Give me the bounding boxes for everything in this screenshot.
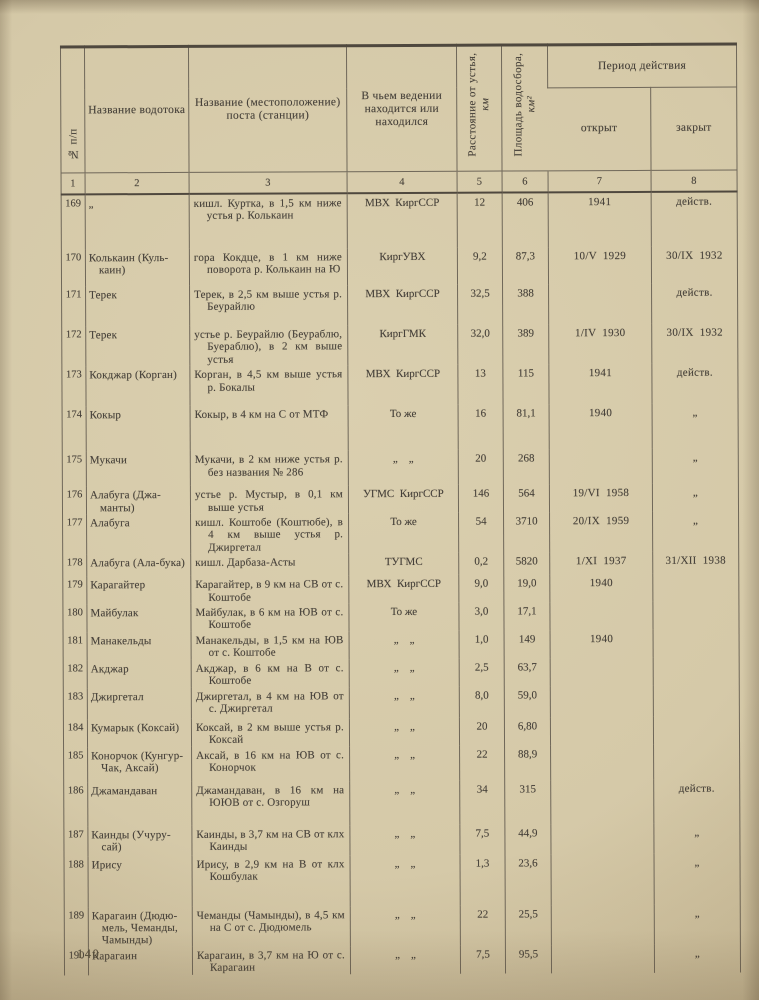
table-row: 171ТерекТерек, в 2,5 км выше устья р. Бе… [62,284,738,327]
cell-post: Терек, в 2,5 км выше устья р. Беурайлю [190,285,348,326]
cell-n: 171 [62,286,86,326]
cell-close: „ [654,853,740,904]
cell-close: 30/IX 1932 [652,324,738,365]
header-post-location: Название (местоположение) поста (станции… [188,46,347,173]
cell-agency: КиргУВХ [347,248,457,285]
cell-post: Каинды, в 3,7 км на СВ от клх Каинды [192,825,350,856]
cell-name: Карагаин [88,947,192,975]
cell-dist: 1,3 [460,854,505,905]
cell-close [653,657,739,685]
table-row: 177Алабугакишл. Коштобе (Коштюбе), в 4 к… [63,512,739,555]
cell-post: Джиргетал, в 4 км на ЮВ от с. Джиргетал [191,687,349,719]
cell-n: 179 [63,577,87,605]
cell-close [653,602,739,630]
cell-area: 63,7 [504,658,550,686]
cell-agency: „ „ [350,780,460,824]
cell-open [551,853,654,904]
cell-agency: „ „ [350,854,460,905]
cell-close: „ [652,484,738,512]
cell-agency: МВХ КиргССР [347,193,457,248]
table-row: 187Каинды (Учуру-сай)Каинды, в 3,7 км на… [64,823,740,856]
cell-dist: 20 [458,450,503,485]
cell-n: 178 [63,555,87,577]
cell-agency: То же [349,513,459,554]
col-number-4: 4 [347,171,457,193]
cell-post: кишл. Коштобе (Коштюбе), в 4 км выше уст… [191,513,349,554]
cell-dist: 3,0 [459,603,504,631]
col-number-5: 5 [457,171,502,193]
cell-post: гора Кокдце, в 1 км ниже поворота р. Кол… [189,248,347,286]
cell-close: „ [652,404,738,449]
cell-post: Чеманды (Чамынды), в 4,5 км на С от с. Д… [192,906,350,947]
col-number-2: 2 [85,172,189,194]
cell-agency: „ „ [349,658,459,686]
table-row: 182АкджарАкджар, в 6 км на В от с. Кошто… [63,657,739,688]
cell-open [550,658,653,686]
cell-name: Карагаин (Дюдю-мель, Чеманды, Чамынды) [88,906,192,947]
table-row: 174КокырКокыр, в 4 км на С от МТФТо же16… [62,404,738,452]
cell-close: „ [654,904,740,945]
header-distance-label: Расстояние от устья, [466,53,478,157]
cell-post: Кокыр, в 4 км на С от МТФ [190,405,348,451]
table-row: 184Кумарык (Коксай)Коксай, в 2 км выше у… [63,716,739,747]
cell-area: 88,9 [505,745,551,780]
table-row: 186ДжамандаванДжамандаван, в 16 км на ЮЮ… [64,779,740,826]
table-row: 183ДжиргеталДжиргетал, в 4 км на ЮВ от с… [63,685,739,719]
table-row: 185Конорчок (Кунгур-Чак, Аксай)Аксай, в … [64,744,740,782]
cell-area: 3710 [504,512,550,552]
cell-close: действ. [652,284,738,324]
column-numbers-row: 1 2 3 4 5 6 7 8 [61,170,737,194]
cell-name: Алабуга (Ала-бука) [87,554,191,576]
cell-name: Манакельды [87,632,191,660]
table-row: 181МанакельдыМанакельды, в 1,5 км на ЮВ … [63,629,739,660]
cell-name: Майбулак [87,604,191,632]
cell-dist: 34 [460,780,505,824]
cell-area: 406 [502,192,548,247]
col-number-7: 7 [548,170,651,192]
cell-area: 564 [503,485,549,513]
hydro-posts-table: № п/п Название водотока Название (местоп… [60,43,741,976]
cell-area: 87,3 [502,247,548,284]
cell-name: Кокджар (Корган) [86,366,190,406]
cell-area: 268 [503,450,549,485]
header-number-col: № п/п [60,47,85,173]
cell-area: 95,5 [505,945,551,973]
cell-area: 5820 [504,553,550,575]
cell-area: 17,1 [504,602,550,630]
cell-n: 181 [63,632,87,660]
cell-open: 1/XI 1937 [550,552,653,574]
cell-dist: 8,0 [459,686,504,717]
cell-close [653,574,739,602]
cell-close [653,685,739,716]
cell-n: 172 [62,326,86,366]
cell-area: 81,1 [503,405,549,450]
cell-agency: То же [348,405,458,450]
table-row: 172Терекустье р. Беурайлю (Беураблю, Буе… [62,324,738,367]
cell-post: Манакельды, в 1,5 км на ЮВ от с. Коштобе [191,631,349,660]
cell-dist: 7,5 [460,824,505,854]
table-row: 175МукачиМукачи, в 2 км ниже устья р. бе… [62,449,738,487]
cell-name: Терек [86,326,190,367]
cell-n: 173 [62,367,86,407]
cell-post: кишл. Куртка, в 1,5 км ниже устья р. Кол… [189,193,347,249]
cell-dist: 1,0 [459,630,504,658]
cell-dist: 16 [458,405,503,450]
cell-post: Корган, в 4,5 км выше устья р. Бокалы [190,365,348,406]
cell-agency: „ „ [350,745,460,780]
cell-name: Колькаин (Куль-каин) [85,249,189,286]
cell-close: „ [654,944,740,972]
cell-n: 187 [64,826,88,856]
cell-post: Ирису, в 2,9 км на В от клх Кошбулак [192,855,350,907]
cell-post: устье р. Беурайлю (Беураблю, Буераблю), … [190,325,348,366]
cell-n: 185 [64,747,88,782]
cell-name: Акджар [87,660,191,688]
cell-open [550,602,653,630]
cell-n: 186 [64,782,88,826]
cell-name: „ [85,194,189,249]
cell-n: 182 [63,660,87,688]
cell-close: „ [654,823,740,853]
cell-n: 189 [64,907,88,947]
header-period-of-operation: Период действия [547,44,736,88]
cell-name: Каинды (Учуру-сай) [88,825,192,855]
cell-close: действ. [652,364,738,404]
cell-name: Ирису [88,855,192,906]
cell-n: 177 [63,514,87,554]
cell-area: 6,80 [504,717,550,745]
cell-n: 184 [63,719,87,747]
cell-post: Карагаин, в 3,7 км на Ю от с. Карагаин [192,946,350,975]
col-number-3: 3 [189,172,347,194]
cell-agency: „ „ [348,450,458,485]
table-row: 173Кокджар (Корган)Корган, в 4,5 км выше… [62,364,738,407]
cell-open [551,823,654,853]
cell-agency: „ „ [350,905,460,946]
cell-name: Мукачи [86,451,190,486]
header-watercourse-name: Название водотока [84,46,189,172]
table-row: 169„кишл. Куртка, в 1,5 км ниже устья р.… [61,192,737,250]
cell-name: Джамандаван [88,781,192,825]
cell-n: 180 [63,604,87,632]
cell-agency: „ „ [349,631,459,659]
cell-close: „ [653,512,739,553]
cell-agency: „ „ [349,686,459,717]
cell-dist: 20 [459,717,504,745]
cell-dist: 0,2 [459,553,504,575]
cell-n: 174 [62,407,86,452]
cell-name: Алабуга (Джа-манты) [86,486,190,514]
cell-open: 10/V 1929 [548,247,651,284]
table-row: 178Алабуга (Ала-бука)кишл. Дарбаза-АстыТ… [63,552,739,577]
cell-open [550,716,653,744]
cell-n: 170 [61,249,85,286]
cell-dist: 32,0 [458,325,503,365]
cell-post: Карагайтер, в 9 км на СВ от с. Коштобе [191,575,349,604]
cell-close [653,629,739,657]
cell-open: 1940 [549,404,652,449]
table-row: 189Карагаин (Дюдю-мель, Чеманды, Чамынды… [64,904,740,947]
cell-open [551,744,654,779]
scanned-book-page: № п/п Название водотока Название (местоп… [0,0,759,1000]
cell-dist: 7,5 [460,945,505,973]
cell-dist: 22 [460,905,505,945]
cell-dist: 146 [458,485,503,513]
cell-dist: 54 [459,513,504,553]
cell-open: 19/VI 1958 [549,484,652,512]
cell-close: 31/XII 1938 [653,552,739,574]
table-row: 190КарагаинКарагаин, в 3,7 км на Ю от с.… [64,944,740,975]
cell-agency: ТУГМС [349,553,459,575]
cell-post: Коксай, в 2 км выше устья р. Коксай [191,718,349,747]
cell-open: 1941 [548,192,651,247]
table-row: 176Алабуга (Джа-манты)устье р. Мустыр, в… [62,484,738,515]
table-body: 169„кишл. Куртка, в 1,5 км ниже устья р.… [61,192,740,976]
cell-n: 188 [64,856,88,907]
cell-area: 25,5 [505,905,551,945]
table-row: 179КарагайтерКарагайтер, в 9 км на СВ от… [63,574,739,605]
header-number-label: № п/п [67,129,80,161]
cell-n: 183 [63,688,87,719]
table-row: 180МайбулакМайбулак, в 6 км на ЮВ от с. … [63,602,739,633]
cell-post: Аксай, в 16 км на ЮВ от с. Конорчок [192,746,350,782]
cell-post: Мукачи, в 2 км ниже устья р. без названи… [190,450,348,486]
col-number-8: 8 [651,170,737,192]
table-row: 188ИрисуИрису, в 2,9 км на В от клх Кошб… [64,853,740,907]
col-number-6: 6 [502,171,548,193]
cell-dist: 22 [460,745,505,780]
cell-area: 388 [503,284,549,324]
cell-n: 169 [61,194,85,249]
header-distance-text: Расстояние от устья, км [466,49,492,161]
cell-open: 20/IX 1959 [550,512,653,553]
header-distance-from-mouth: Расстояние от устья, км [456,45,502,171]
cell-open: 1940 [550,630,653,658]
cell-dist: 13 [458,365,503,405]
cell-name: Джиргетал [87,687,191,718]
header-distance-unit: км [479,98,491,111]
cell-agency: „ „ [349,717,459,745]
cell-open [551,779,654,823]
page-number: 140 [77,947,100,962]
cell-area: 315 [505,780,551,824]
cell-agency: МВХ КиргССР [348,365,458,405]
cell-open [551,945,654,973]
cell-agency: МВХ КиргССР [349,575,459,603]
cell-name: Кокыр [86,406,190,451]
cell-open: 1940 [550,574,653,602]
cell-open [551,904,654,945]
table-header: № п/п Название водотока Название (местоп… [60,44,737,194]
cell-area: 23,6 [505,854,551,905]
cell-open: 1941 [549,364,652,404]
cell-area: 59,0 [504,686,550,717]
cell-open [549,449,652,484]
header-catchment-area: Площадь водосбора, км² [501,45,548,171]
header-closed: закрыт [651,87,737,171]
cell-post: Акджар, в 6 км на В от с. Коштобе [191,659,349,688]
table-row: 170Колькаин (Куль-каин)гора Кокдце, в 1 … [61,247,737,287]
cell-close: 30/IX 1932 [651,247,737,284]
header-jurisdiction: В чьем ведении находится или находился [346,45,457,171]
cell-open [549,284,652,324]
cell-agency: „ „ [350,945,460,973]
cell-dist: 9,0 [459,575,504,603]
header-area-text: Площадь водосбора, км² [511,48,537,160]
cell-post: кишл. Дарбаза-Асты [191,553,349,576]
cell-agency: „ „ [350,824,460,854]
cell-dist: 2,5 [459,658,504,686]
cell-area: 19,0 [504,575,550,603]
cell-open [550,685,653,716]
cell-name: Алабуга [87,514,191,555]
cell-name: Терек [86,286,190,326]
cell-close [654,744,740,779]
cell-agency: МВХ КиргССР [348,285,458,325]
header-area-label: Площадь водосбора, [512,53,524,157]
cell-close: действ. [651,192,737,247]
header-opened: открыт [548,87,651,171]
cell-area: 115 [503,365,549,405]
cell-dist: 12 [457,193,502,248]
cell-area: 44,9 [505,824,551,854]
cell-open: 1/IV 1930 [549,324,652,365]
cell-post: Майбулак, в 6 км на ЮВ от с. Коштобе [191,603,349,632]
cell-close [653,716,739,744]
cell-close: действ. [654,779,740,823]
cell-n: 175 [62,452,86,487]
cell-post: устье р. Мустыр, в 0,1 км выше устья [190,485,348,514]
cell-post: Джамандаван, в 16 км на ЮЮВ от с. Озгору… [192,781,350,826]
cell-dist: 32,5 [458,285,503,325]
cell-agency: УГМС КиргССР [348,485,458,513]
cell-dist: 9,2 [457,248,502,285]
cell-n: 176 [62,487,86,515]
cell-agency: КиргГМК [348,325,458,366]
cell-area: 389 [503,324,549,364]
cell-name: Карагайтер [87,576,191,604]
cell-name: Конорчок (Кунгур-Чак, Аксай) [88,746,192,781]
cell-close: „ [652,449,738,484]
cell-name: Кумарык (Коксай) [87,718,191,746]
col-number-1: 1 [61,173,85,195]
cell-area: 149 [504,630,550,658]
header-area-unit: км² [525,96,537,113]
cell-agency: То же [349,603,459,631]
